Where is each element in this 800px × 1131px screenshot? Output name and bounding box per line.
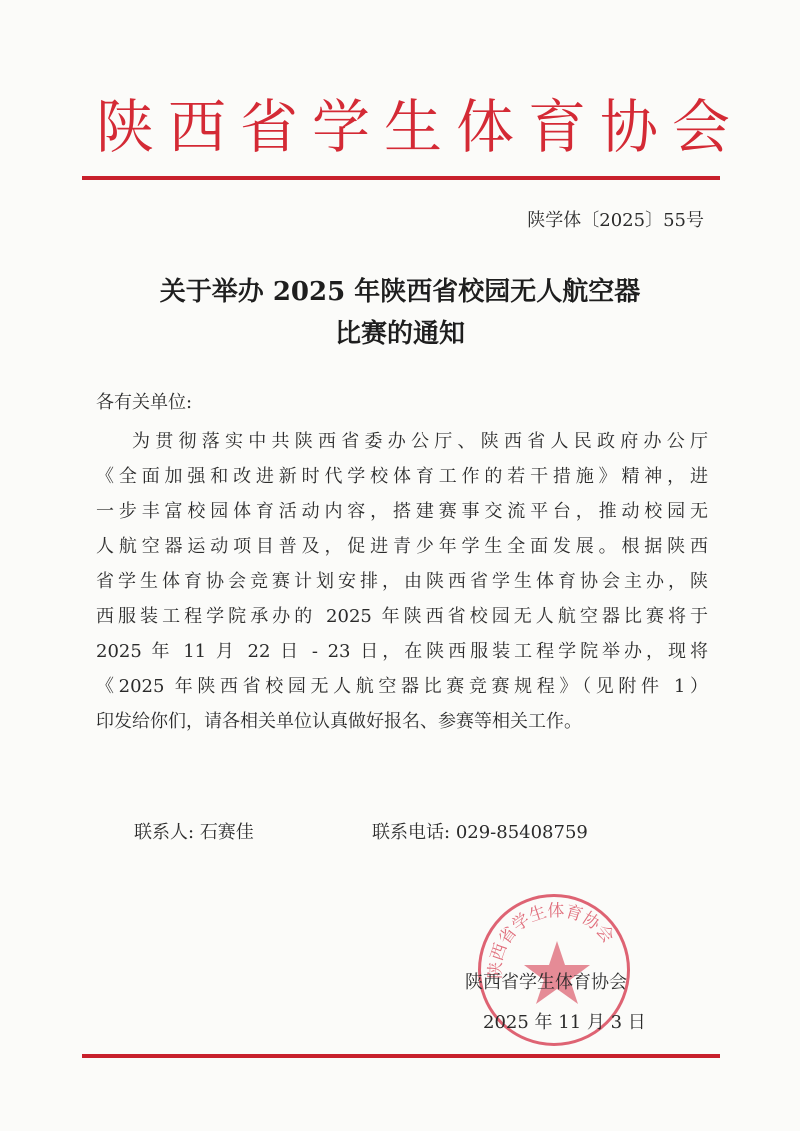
- document-number: 陕学体〔2025〕55号: [527, 206, 704, 232]
- letterhead-title: 陕西省学生体育协会: [96, 92, 716, 162]
- contact-person-label: 联系人:: [134, 822, 194, 843]
- contact-person-name: 石赛佳: [200, 822, 254, 843]
- signing-date: 2025 年 11 月 3 日: [483, 1008, 646, 1034]
- salutation: 各有关单位:: [96, 388, 192, 414]
- body-line: 《全面加强和改进新时代学校体育工作的若干措施》精神，进: [96, 459, 708, 494]
- document-title-line-2: 比赛的通知: [0, 314, 800, 354]
- body-line: 《2025 年陕西省校园无人航空器比赛竞赛规程》（见附件 1）: [96, 669, 708, 704]
- contact-person: 联系人: 石赛佳: [134, 818, 254, 844]
- document-title-line-1: 关于举办 2025 年陕西省校园无人航空器: [0, 272, 800, 312]
- letterhead-divider: [82, 176, 720, 180]
- contact-phone: 联系电话: 029-85408759: [372, 818, 588, 844]
- document-page: 陕西省学生体育协会 陕学体〔2025〕55号 关于举办 2025 年陕西省校园无…: [0, 0, 800, 1131]
- contact-phone-label: 联系电话:: [372, 822, 450, 843]
- body-paragraph: 为贯彻落实中共陕西省委办公厅、陕西省人民政府办公厅 《全面加强和改进新时代学校体…: [96, 424, 708, 739]
- contact-phone-number: 029-85408759: [456, 822, 588, 843]
- body-line: 为贯彻落实中共陕西省委办公厅、陕西省人民政府办公厅: [96, 424, 708, 459]
- body-line: 省学生体育协会竞赛计划安排，由陕西省学生体育协会主办，陕: [96, 564, 708, 599]
- body-line: 一步丰富校园体育活动内容，搭建赛事交流平台，推动校园无: [96, 494, 708, 529]
- body-line: 人航空器运动项目普及，促进青少年学生全面发展。根据陕西: [96, 529, 708, 564]
- body-line: 西服装工程学院承办的 2025 年陕西省校园无人航空器比赛将于: [96, 599, 708, 634]
- signing-organization: 陕西省学生体育协会: [465, 968, 627, 994]
- footer-divider: [82, 1054, 720, 1058]
- body-line: 印发给你们，请各相关单位认真做好报名、参赛等相关工作。: [96, 704, 708, 739]
- body-line: 2025 年 11 月 22 日 - 23 日，在陕西服装工程学院举办，现将: [96, 634, 708, 669]
